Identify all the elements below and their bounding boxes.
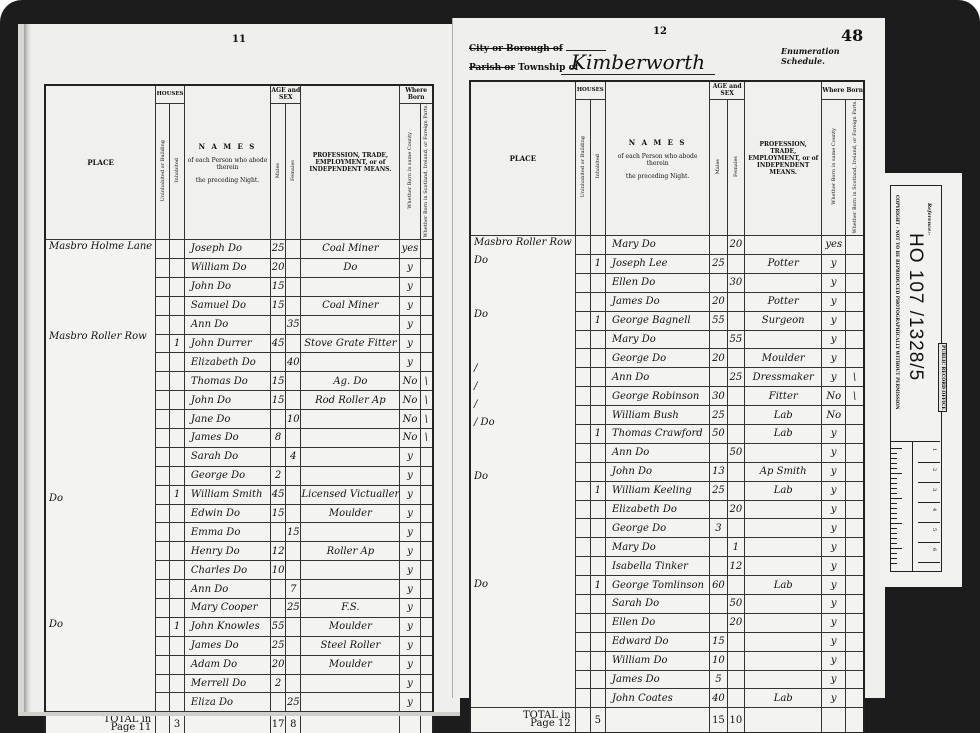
uninhabited-cell [156,240,170,259]
uninhabited-cell [575,387,590,406]
person-name: William Bush [605,406,709,425]
total-foreign [846,708,864,733]
born-foreign [420,240,433,259]
born-same-county: y [822,330,846,349]
born-foreign [846,292,864,311]
col-where-born: Where Born [822,81,864,99]
place-label: / [474,364,572,382]
census-table-left: PLACE HOUSES N A M E S of each Person wh… [44,84,434,733]
ruler-tick [890,458,897,459]
born-same-county: y [400,523,420,542]
ruler-tick [890,448,902,449]
total-row: TOTAL inPage 1251510 [470,708,864,733]
total-profession [745,708,822,733]
male-age: 10 [710,651,727,670]
female-age: 15 [286,523,301,542]
profession: Roller Ap [301,542,400,561]
male-age [271,410,286,429]
born-foreign [420,466,433,485]
profession [745,670,822,689]
person-name: Ellen Do [605,613,709,632]
female-age: 40 [286,353,301,372]
uninhabited-cell [575,689,590,708]
female-age [727,406,744,425]
inhabited-cell: 1 [170,334,185,353]
person-name: Thomas Do [184,372,270,391]
male-age: 25 [710,481,727,500]
born-foreign [420,674,433,693]
born-foreign: \ [420,410,433,429]
female-age [286,466,301,485]
ruler-tick [890,548,902,549]
born-same-county: y [822,670,846,689]
total-label: TOTAL inPage 11 [45,712,156,733]
female-age [286,334,301,353]
inhabited-cell [170,598,185,617]
col-uninhabited: Uninhabited or Building [156,103,170,240]
inhabited-cell: 1 [590,481,605,500]
names-title: N A M E S [185,142,270,151]
township-value: Kimberworth [561,50,715,75]
born-foreign: \ [420,391,433,410]
inhabited-cell [170,391,185,410]
born-foreign [420,258,433,277]
male-age: 2 [271,674,286,693]
born-foreign [846,632,864,651]
uninhabited-cell [575,519,590,538]
total-females: 10 [727,708,744,733]
col-names: N A M E S of each Person who abode there… [605,81,709,236]
uninhabited-cell [575,538,590,557]
schedule-label: Enumeration Schedule. [781,46,885,66]
person-name: George Tomlinson [605,576,709,595]
male-age: 15 [271,504,286,523]
female-age: 50 [727,594,744,613]
male-age: 15 [271,277,286,296]
profession [745,330,822,349]
male-age [710,500,727,519]
born-same-county: y [822,349,846,368]
person-name: George Robinson [605,387,709,406]
ruler-tick [890,533,897,534]
male-age: 20 [710,292,727,311]
profession: Surgeon [745,311,822,330]
male-age [271,447,286,466]
uninhabited-cell [156,636,170,655]
person-name: Ann Do [184,580,270,599]
born-same-county: y [400,296,420,315]
uninhabited-cell [156,372,170,391]
person-name: Joseph Do [184,240,270,259]
female-age [286,542,301,561]
inhabited-cell [590,462,605,481]
ruler-tick [890,558,897,559]
inhabited-cell: 1 [590,424,605,443]
person-name: George Do [605,519,709,538]
place-label: / [474,400,572,418]
col-names: N A M E S of each Person who abode there… [184,85,270,240]
male-age: 15 [271,372,286,391]
born-same-county: y [822,424,846,443]
born-foreign [846,311,864,330]
uninhabited-cell [575,576,590,595]
born-same-county: y [822,368,846,387]
born-same-county: No [822,387,846,406]
uninhabited-cell [156,447,170,466]
inhabited-cell [590,387,605,406]
profession: Moulder [745,349,822,368]
uninhabited-cell [156,580,170,599]
profession [745,500,822,519]
born-foreign [846,538,864,557]
male-age [710,273,727,292]
born-foreign [846,443,864,462]
inhabited-cell [170,504,185,523]
profession [745,236,822,255]
profession: Dressmaker [745,368,822,387]
ruler-label: 2 [931,468,937,471]
born-foreign [420,655,433,674]
born-foreign: \ [846,387,864,406]
place-label: Masbro Roller Row [49,332,152,350]
uninhabited-cell [575,651,590,670]
reference-number: HO 107 /1328/5 [904,233,926,381]
scan-frame: 11 PLACE HOUSES N A M E S of each Person… [0,0,980,733]
uninhabited-cell [156,542,170,561]
born-same-county: y [400,655,420,674]
female-age [727,670,744,689]
born-same-county: y [400,258,420,277]
total-uninhabited [156,712,170,733]
born-foreign [846,670,864,689]
born-same-county: y [400,636,420,655]
born-same-county: No [400,410,420,429]
female-age [286,428,301,447]
inhabited-cell [170,258,185,277]
profession [301,410,400,429]
ruler-divider [918,562,940,563]
person-name: Elizabeth Do [605,500,709,519]
profession: Potter [745,254,822,273]
male-age [271,523,286,542]
ruler-tick [890,518,897,519]
female-age: 1 [727,538,744,557]
person-name: William Smith [184,485,270,504]
female-age: 30 [727,273,744,292]
female-age: 20 [727,500,744,519]
ruler-divider [918,542,940,543]
uninhabited-cell [156,466,170,485]
born-foreign [420,315,433,334]
uninhabited-cell [156,258,170,277]
born-foreign [420,485,433,504]
total-inhabited: 3 [170,712,185,733]
col-males: Males [271,103,286,240]
person-name: Charles Do [184,561,270,580]
inhabited-cell [170,466,185,485]
male-age: 8 [271,428,286,447]
profession: Lab [745,689,822,708]
ruler-tick [890,528,897,529]
ruler-tick [890,493,897,494]
born-foreign [420,353,433,372]
uninhabited-cell [575,254,590,273]
place-label: Do [474,256,572,274]
profession: Fitter [745,387,822,406]
names-sub1: of each Person who abode therein [606,153,709,167]
profession: Moulder [301,504,400,523]
inhabited-cell [590,557,605,576]
total-profession [301,712,400,733]
inhabited-cell: 1 [170,617,185,636]
ruler-tick [890,488,897,489]
copyright-notice: COPYRIGHT - NOT TO BE REPRODUCED PHOTOGR… [894,195,899,410]
inhabited-cell [170,240,185,259]
male-age: 10 [271,561,286,580]
ruler-label: 3 [931,488,937,491]
inhabited-cell [590,651,605,670]
col-born-county: Whether Born in same County [822,99,846,236]
female-age [286,372,301,391]
profession: Ap Smith [745,462,822,481]
female-age [286,617,301,636]
person-name: John Knowles [184,617,270,636]
ruler-spine [912,442,913,571]
person-name: Eliza Do [184,693,270,712]
male-age: 15 [710,632,727,651]
total-names [605,708,709,733]
profession [745,443,822,462]
inhabited-cell [170,523,185,542]
male-age: 15 [271,296,286,315]
inhabited-cell [170,655,185,674]
person-name: Mary Cooper [184,598,270,617]
col-houses: HOUSES [575,81,605,99]
ruler-tick [890,513,897,514]
inhabited-cell [590,443,605,462]
female-age [286,296,301,315]
male-age: 25 [710,406,727,425]
female-age [727,292,744,311]
inhabited-cell [170,372,185,391]
born-same-county: y [822,254,846,273]
ruler-tick [890,498,902,499]
female-age: 55 [727,330,744,349]
profession [301,353,400,372]
person-name: George Do [605,349,709,368]
male-age [710,538,727,557]
female-age: 35 [286,315,301,334]
uninhabited-cell [156,353,170,372]
female-age [727,462,744,481]
profession: F.S. [301,598,400,617]
male-age: 30 [710,387,727,406]
male-age [710,236,727,255]
uninhabited-cell [575,443,590,462]
col-age-sex: AGE and SEX [271,85,301,103]
names-sub2: the preceding Night. [185,177,270,184]
inhabited-cell [590,500,605,519]
place-label: Do [474,472,572,490]
male-age: 40 [710,689,727,708]
uninhabited-cell [156,693,170,712]
uninhabited-cell [575,368,590,387]
col-born-county: Whether Born in same County [400,103,420,240]
born-foreign [420,447,433,466]
table-row: Masbro Roller RowDoDo//// DoDoDoMary Do2… [470,236,864,255]
col-born-foreign: Whether Born in Scotland, Ireland, or Fo… [420,103,433,240]
female-age: 20 [727,236,744,255]
female-age [286,561,301,580]
female-age [286,504,301,523]
col-where-born: Where Born [400,85,433,103]
inhabited-cell [170,315,185,334]
male-age [710,330,727,349]
male-age: 55 [710,311,727,330]
person-name: William Keeling [605,481,709,500]
born-same-county: y [400,674,420,693]
person-name: Mary Do [605,236,709,255]
ruler-label: 1 [931,448,937,451]
born-same-county: y [400,561,420,580]
female-age [286,391,301,410]
uninhabited-cell [575,292,590,311]
total-born [400,712,420,733]
male-age [710,443,727,462]
person-name: Ellen Do [605,273,709,292]
person-name: Mary Do [605,330,709,349]
born-foreign [846,689,864,708]
male-age: 50 [710,424,727,443]
profession [745,594,822,613]
profession [301,561,400,580]
female-age [727,689,744,708]
born-foreign [420,542,433,561]
ruler-tick [890,553,897,554]
born-same-county: yes [822,236,846,255]
uninhabited-cell [156,598,170,617]
born-same-county: y [400,334,420,353]
born-same-county: y [822,500,846,519]
born-foreign [846,500,864,519]
profession [745,538,822,557]
table-row: Masbro Holme LaneMasbro Roller RowDoDoJo… [45,240,433,259]
person-name: Henry Do [184,542,270,561]
inhabited-cell [590,330,605,349]
uninhabited-cell [575,481,590,500]
inhabited-cell [590,594,605,613]
born-foreign [420,617,433,636]
male-age: 20 [271,655,286,674]
born-foreign [420,504,433,523]
uninhabited-cell [156,655,170,674]
measurement-ruler: 123456 [890,441,940,571]
female-age: 25 [727,368,744,387]
inhabited-cell [590,670,605,689]
born-same-county: y [822,311,846,330]
inhabited-cell: 1 [590,576,605,595]
left-page: 11 PLACE HOUSES N A M E S of each Person… [18,24,460,712]
female-age: 25 [286,598,301,617]
female-age [727,311,744,330]
ruler-tick [890,508,897,509]
col-profession: PROFESSION, TRADE, EMPLOYMENT, or of IND… [301,85,400,240]
col-inhabited: Inhabited [590,99,605,236]
born-foreign [846,462,864,481]
person-name: William Do [184,258,270,277]
female-age: 12 [727,557,744,576]
inhabited-cell [590,273,605,292]
person-name: Adam Do [184,655,270,674]
born-same-county: yes [400,240,420,259]
born-foreign [846,424,864,443]
inhabited-cell [170,353,185,372]
profession: Coal Miner [301,240,400,259]
uninhabited-cell [575,594,590,613]
uninhabited-cell [156,561,170,580]
person-name: Mary Do [605,538,709,557]
person-name: Sarah Do [184,447,270,466]
inhabited-cell [170,636,185,655]
ruler-tick [890,523,902,524]
total-row: TOTAL inPage 113178 [45,712,433,733]
profession: Do [301,258,400,277]
uninhabited-cell [575,632,590,651]
person-name: George Do [184,466,270,485]
uninhabited-cell [575,273,590,292]
female-age: 7 [286,580,301,599]
inhabited-cell [590,349,605,368]
male-age: 20 [271,258,286,277]
col-profession: PROFESSION, TRADE, EMPLOYMENT, or of IND… [745,81,822,236]
person-name: James Do [605,292,709,311]
inhabited-cell [170,296,185,315]
born-foreign [846,576,864,595]
born-foreign [420,334,433,353]
profession: Moulder [301,655,400,674]
col-inhabited: Inhabited [170,103,185,240]
uninhabited-cell [575,349,590,368]
place-label: / Do [474,418,572,436]
inhabited-cell [170,693,185,712]
census-table-right: PLACE HOUSES N A M E S of each Person wh… [469,80,865,733]
uninhabited-cell [156,391,170,410]
col-born-foreign: Whether Born in Scotland, Ireland, or Fo… [846,99,864,236]
profession: Lab [745,576,822,595]
place-label: Do [474,580,572,598]
male-age [710,594,727,613]
page-number: 12 [653,26,667,37]
male-age: 55 [271,617,286,636]
profession: Lab [745,406,822,425]
ruler-tick [890,478,897,479]
place-label: Masbro Holme Lane [49,242,152,260]
inhabited-cell: 1 [590,311,605,330]
female-age [727,254,744,273]
profession [745,651,822,670]
ruler-label: 4 [931,508,937,511]
female-age [286,240,301,259]
female-age [727,651,744,670]
born-foreign [420,523,433,542]
uninhabited-cell [575,311,590,330]
place-label: Do [49,620,152,638]
col-place: PLACE [470,81,575,236]
uninhabited-cell [156,410,170,429]
person-name: John Durrer [184,334,270,353]
inhabited-cell [170,428,185,447]
uninhabited-cell [156,296,170,315]
